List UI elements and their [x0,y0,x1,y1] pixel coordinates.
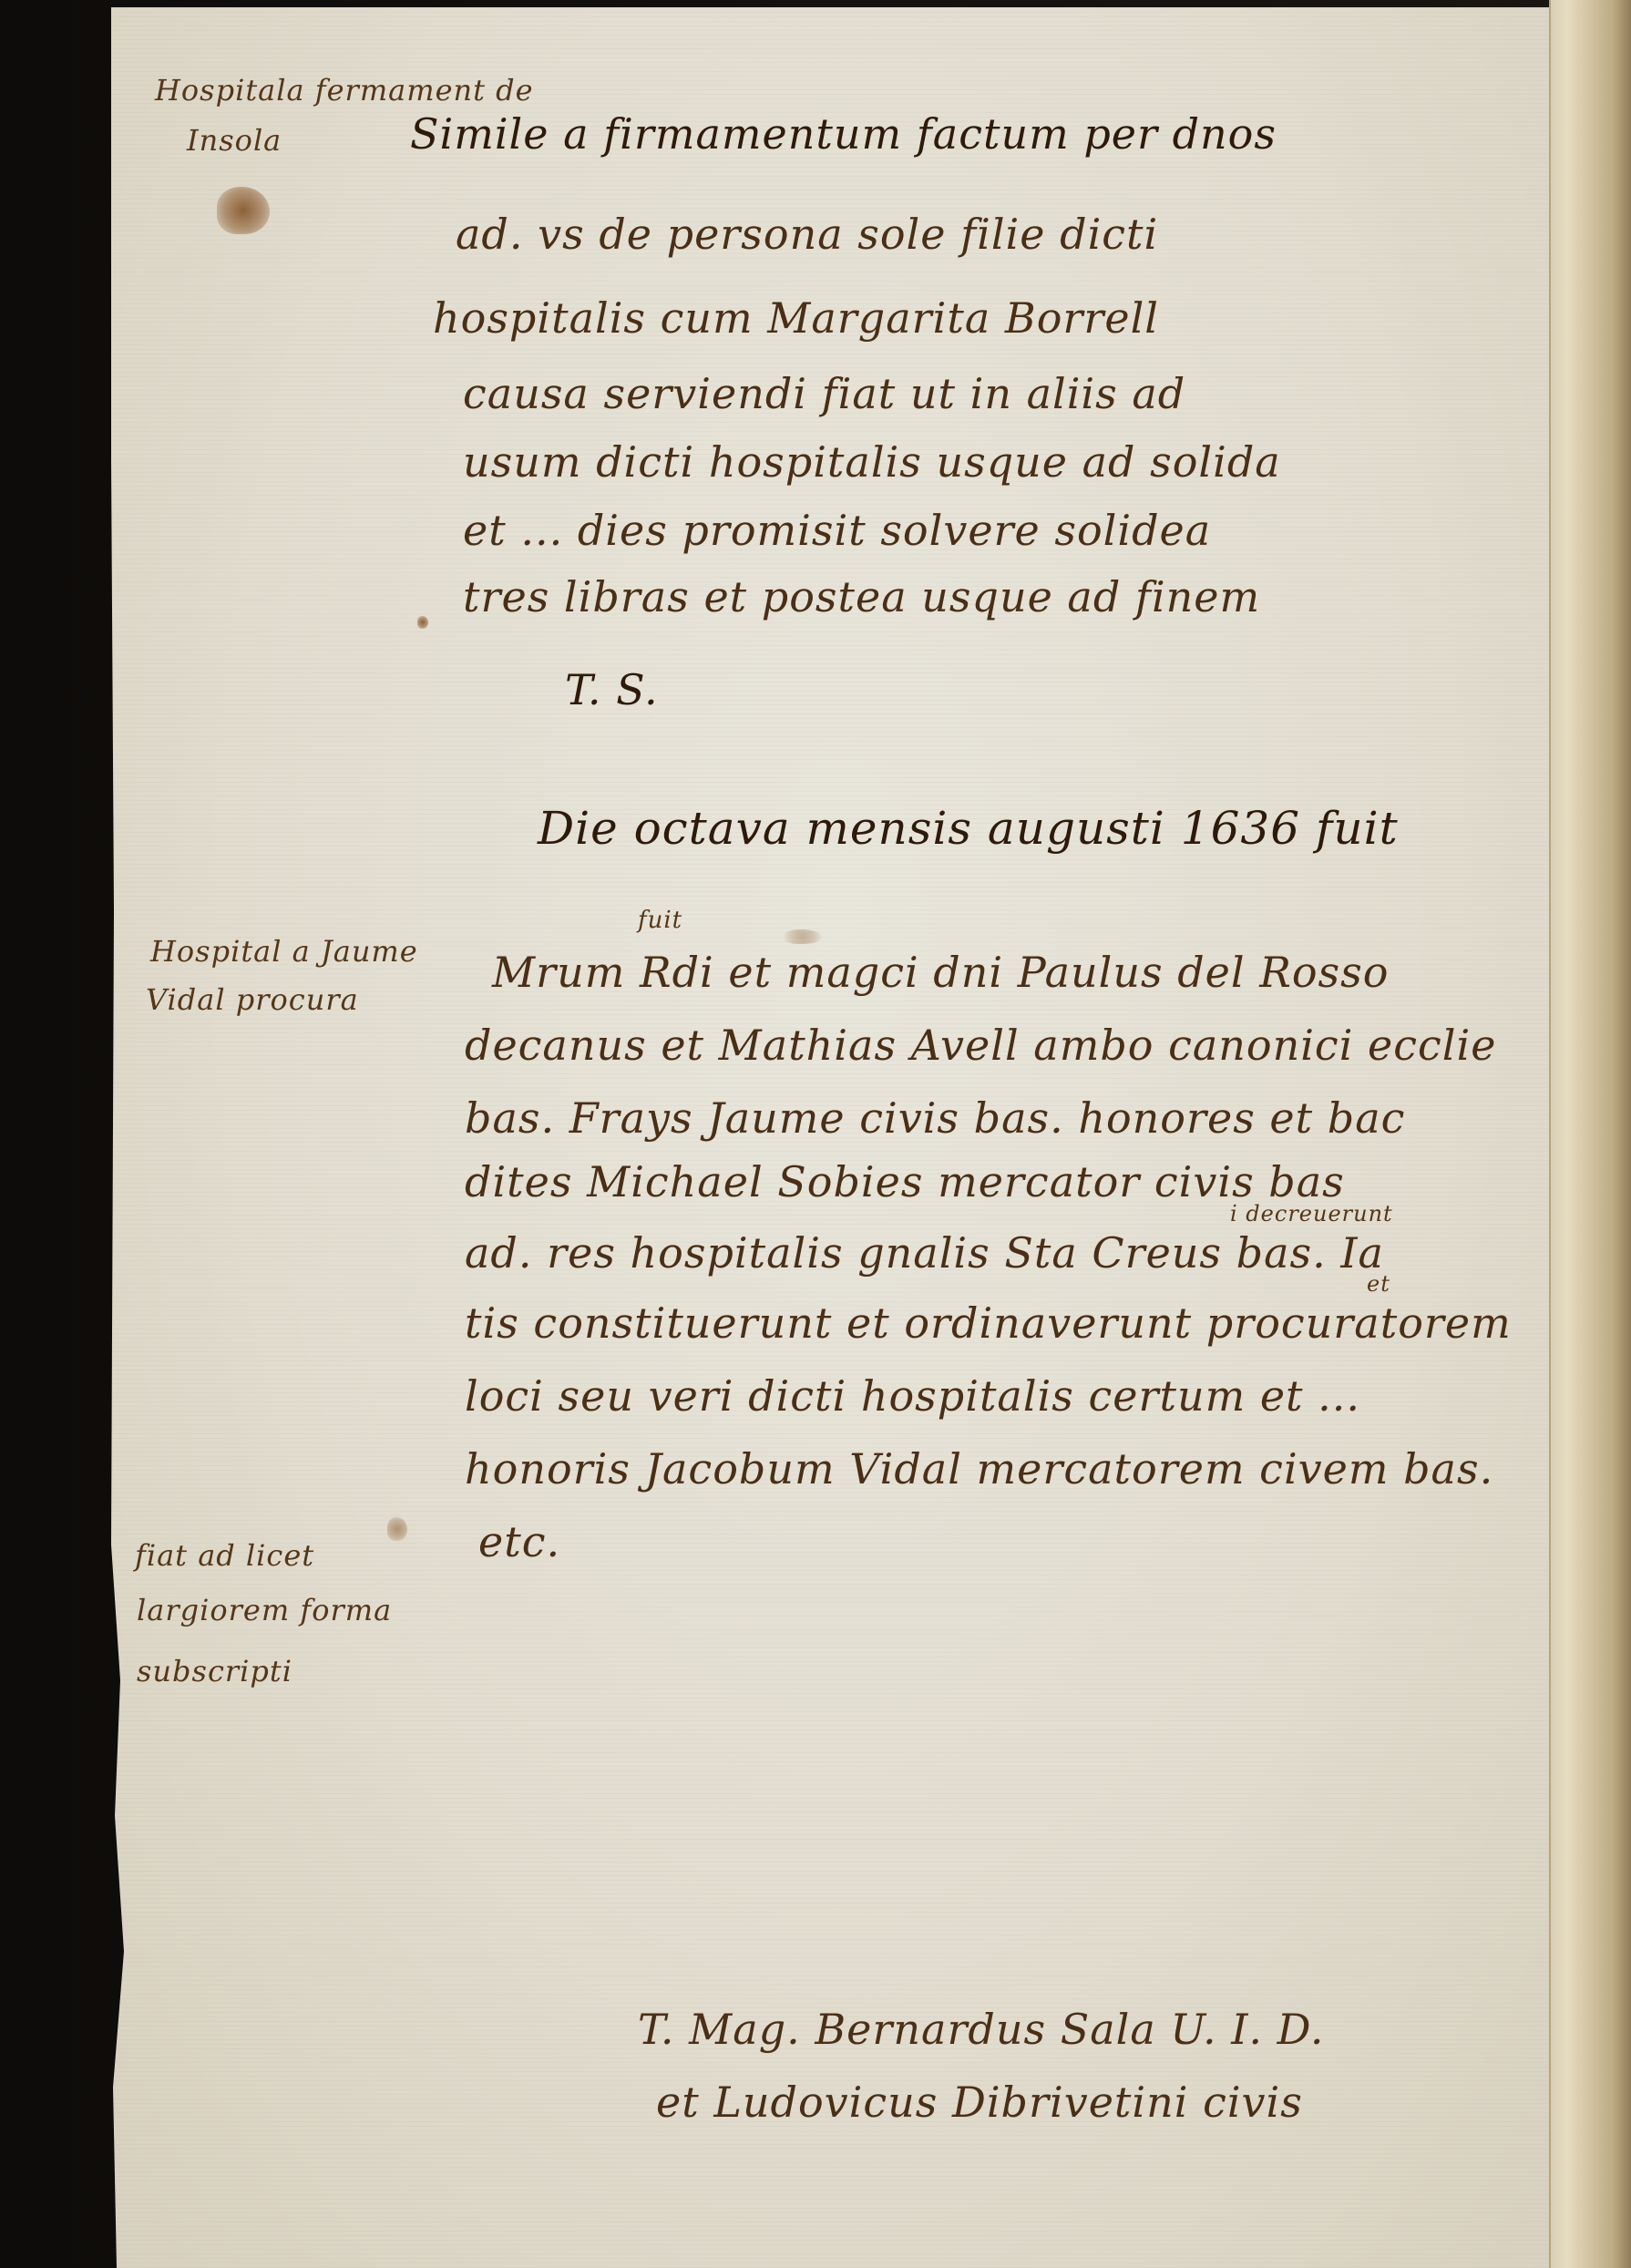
interlinear-note: et [1367,1271,1390,1297]
text-line: dites Michael Sobies mercator civis bas [465,1157,1345,1206]
text-line: usum dicti hospitalis usque ad solida [463,437,1281,487]
text-line: causa serviendi fiat ut in aliis ad [463,369,1185,418]
ink-stain [217,187,270,234]
ink-stain [784,929,822,944]
ink-stain [387,1517,407,1541]
text-line: decanus et Mathias Avell ambo canonici e… [465,1021,1496,1070]
witness-line: et Ludovicus Dibrivetini civis [656,2078,1303,2127]
text-line: ad. res hospitalis gnalis Sta Creus bas.… [465,1228,1384,1278]
margin-note-text: Hospital a Jaume [150,934,418,969]
date-line: Die octava mensis augusti 1636 fuit [538,802,1399,855]
text-line: et ... dies promisit solvere solidea [463,506,1211,555]
margin-note-text: Insola [187,123,282,158]
text-line: tres libras et postea usque ad finem [463,572,1260,621]
witness-line: T. Mag. Bernardus Sala U. I. D. [638,2005,1325,2054]
margin-note-text: largiorem forma [137,1593,392,1627]
margin-note-text: subscripti [137,1654,292,1688]
ink-dot [417,616,428,629]
interlinear-note: i decreuerunt [1230,1201,1393,1226]
margin-note-text: fiat ad licet [135,1538,314,1573]
text-line: hospitalis cum Margarita Borrell [433,293,1159,343]
text-line: Simile a firmamentum factum per dnos [410,109,1277,159]
text-line: loci seu veri dicti hospitalis certum et… [465,1371,1360,1421]
text-line: bas. Frays Jaume civis bas. honores et b… [465,1093,1405,1143]
text-line: Mrum Rdi et magci dni Paulus del Rosso [492,948,1389,997]
text-line: tis constituerunt et ordinaverunt procur… [465,1298,1512,1348]
text-line: honoris Jacobum Vidal mercatorem civem b… [465,1444,1493,1493]
text-line: etc. [478,1517,560,1566]
signature-mark: T. S. [565,665,659,714]
text-line: ad. vs de persona sole filie dicti [456,210,1158,259]
margin-note-text: Vidal procura [146,982,359,1017]
margin-note-text: Hospitala fermament de [155,73,534,108]
binding-edge [1611,0,1631,2268]
interlinear-note: fuit [638,907,682,934]
